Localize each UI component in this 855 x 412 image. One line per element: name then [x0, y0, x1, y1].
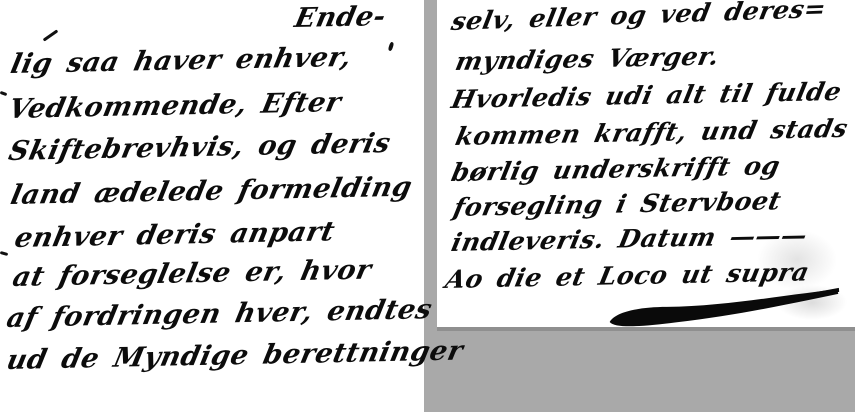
- manuscript-scan: Ende- lig saa haver enhver, Vedkommende,…: [0, 0, 855, 412]
- handwriting-line: lig saa haver enhver,: [8, 43, 354, 80]
- handwriting-line: land ædelede formelding: [8, 173, 415, 211]
- handwriting-line: Hvorledis udi alt til fulde: [449, 78, 844, 114]
- handwriting-line: ud de Myndige berettninger: [4, 337, 466, 376]
- handwriting-line: Skiftebrevhvis, og deris: [6, 129, 393, 167]
- ink-smear-graphic: [604, 284, 842, 332]
- hyphenation-mark: [388, 42, 395, 52]
- ink-speck: [43, 29, 59, 41]
- handwriting-line: børlig underskrifft og: [449, 152, 783, 186]
- right-page: selv, eller og ved deres= myndiges Værge…: [437, 0, 855, 331]
- handwriting-line: af fordringen hver, endtes: [4, 295, 435, 334]
- handwriting-line: selv, eller og ved deres=: [449, 0, 829, 35]
- handwriting-line: Ao die et Loco ut supra: [443, 258, 812, 293]
- handwriting-line: enhver deris anpart: [12, 217, 337, 253]
- handwriting-line: indleveris. Datum ———: [449, 222, 810, 257]
- handwriting-line: forsegling i Stervboet: [451, 187, 784, 221]
- handwriting-line: at forseglelse er, hvor: [10, 256, 374, 293]
- handwriting-line: Vedkommende, Efter: [6, 88, 344, 125]
- handwriting-line: Ende-: [292, 2, 389, 34]
- handwriting-line: kommen krafft, und stads: [453, 115, 850, 151]
- left-page: Ende- lig saa haver enhver, Vedkommende,…: [0, 0, 424, 412]
- ink-speck: [0, 251, 8, 256]
- handwriting-line: myndiges Værger.: [453, 43, 722, 76]
- ink-speck: [0, 91, 7, 96]
